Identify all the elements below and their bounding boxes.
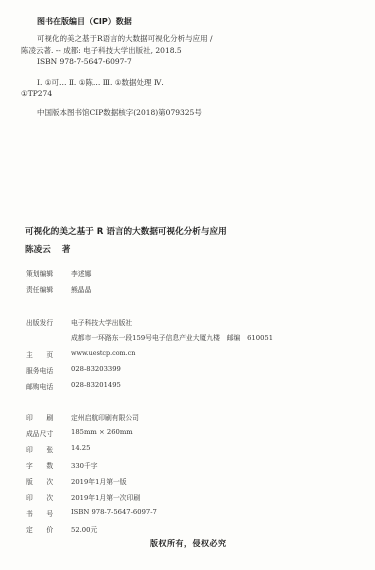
isbn-value: ISBN 978-7-5647-6097-7 [71, 508, 157, 516]
printer-value: 定州启航印刷有限公司 [71, 412, 139, 422]
edition-label: 版 次 [26, 476, 66, 486]
cip-line-title: 可视化的美之基于R语言的大数据可视化分析与应用 / [37, 33, 213, 44]
sheets-label: 印 张 [26, 444, 66, 454]
word-count-label: 字 数 [26, 460, 66, 470]
edition-value: 2019年1月第一版 [71, 476, 127, 486]
cip-line-record-number: 中国版本图书馆CIP数据核字(2018)第079325号 [37, 107, 202, 118]
trim-size-label: 成品尺寸 [26, 428, 66, 438]
sheets-value: 14.25 [71, 444, 90, 452]
book-title: 可视化的美之基于 R 语言的大数据可视化分析与应用 [25, 225, 227, 237]
homepage-label: 主 页 [26, 349, 66, 359]
book-author: 陈凌云 著 [25, 243, 70, 255]
isbn-label: 书 号 [26, 508, 66, 518]
publisher-value: 电子科技大学出版社 [71, 317, 132, 327]
mail-order-phone-label: 邮购电话 [26, 381, 66, 391]
copyright-notice: 版权所有，侵权必究 [150, 538, 227, 549]
cip-line-classification: Ⅰ. ①可… Ⅱ. ①陈… Ⅲ. ①数据处理 Ⅳ. [37, 77, 164, 88]
editor-value-responsible: 熊晶晶 [71, 284, 91, 294]
price-value: 52.00元 [71, 524, 97, 534]
printer-label: 印 刷 [26, 412, 66, 422]
editor-value-planning: 李述娜 [71, 268, 91, 278]
cip-line-author-publisher: 陈凌云著. -- 成都: 电子科技大学出版社, 2018.5 [21, 45, 182, 56]
trim-size-value: 185mm × 260mm [71, 428, 133, 436]
service-phone-value: 028-83203399 [71, 365, 121, 373]
editor-label-planning: 策划编辑 [26, 268, 66, 278]
impression-value: 2019年1月第一次印刷 [71, 492, 140, 502]
mail-order-phone-value: 028-83201495 [71, 381, 121, 389]
homepage-link[interactable]: www.uestcp.com.cn [71, 349, 135, 357]
impression-label: 印 次 [26, 492, 66, 502]
publisher-label: 出版发行 [26, 317, 66, 327]
publisher-address: 成都市一环路东一段159号电子信息产业大厦九楼 邮编 610051 [71, 332, 273, 342]
service-phone-label: 服务电话 [26, 365, 66, 375]
cip-line-tp-code: ①TP274 [21, 89, 52, 98]
price-label: 定 价 [26, 524, 66, 534]
cip-heading: 图书在版编目（CIP）数据 [37, 16, 132, 27]
cip-line-isbn: ISBN 978-7-5647-6097-7 [37, 57, 132, 66]
word-count-value: 330千字 [71, 460, 98, 470]
editor-label-responsible: 责任编辑 [26, 284, 66, 294]
